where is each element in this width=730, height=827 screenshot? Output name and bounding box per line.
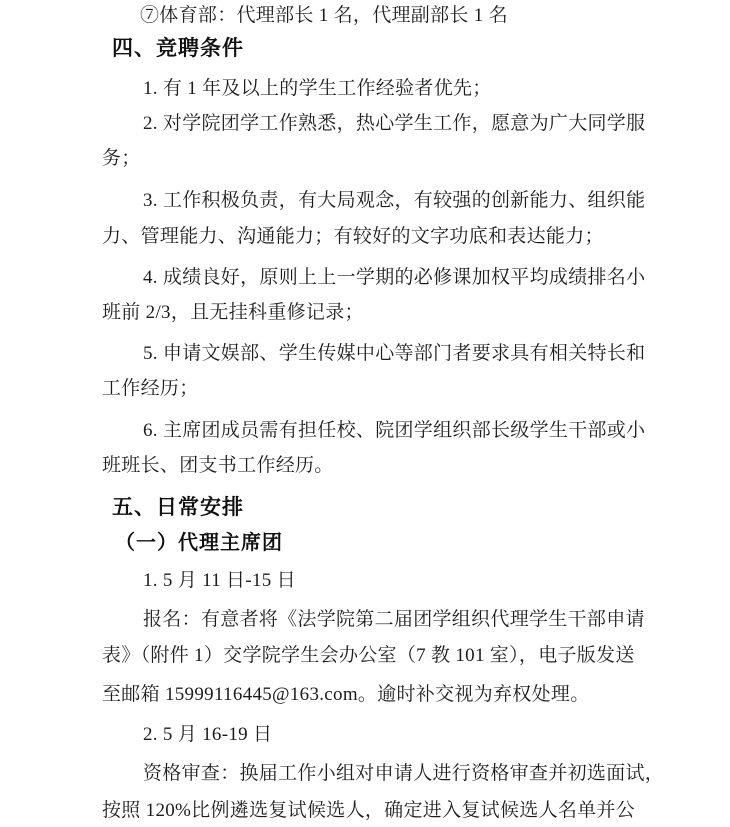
schedule-2-desc-line1: 资格审查：换届工作小组对申请人进行资格审查并初选面试， — [143, 762, 664, 786]
schedule-1-desc-line2: 表》（附件 1）交学院学生会办公室（7 教 101 室），电子版发送 — [102, 644, 635, 668]
condition-1: 1. 有 1 年及以上的学生工作经验者优先； — [143, 77, 492, 101]
schedule-1-desc-line3: 至邮箱 15999116445@163.com。逾时补交视为弃权处理。 — [102, 683, 590, 707]
condition-6-line2: 班班长、团支书工作经历。 — [102, 454, 334, 478]
condition-5-line2: 工作经历； — [102, 377, 199, 401]
document-page: ⑦体育部：代理部长 1 名，代理副部长 1 名 四、竞聘条件 1. 有 1 年及… — [0, 0, 730, 827]
schedule-2-desc-line2: 按照 120%比例遴选复试候选人，确定进入复试候选人名单并公 — [102, 799, 635, 823]
condition-6-line1: 6. 主席团成员需有担任校、院团学组织部长级学生干部或小 — [143, 419, 645, 443]
schedule-1-date: 1. 5 月 11 日-15 日 — [143, 569, 296, 593]
schedule-1-desc-line1: 报名：有意者将《法学院第二届团学组织代理学生干部申请 — [143, 608, 645, 632]
condition-2-line1: 2. 对学院团学工作熟悉，热心学生工作，愿意为广大同学服 — [143, 112, 645, 136]
condition-5-line1: 5. 申请文娱部、学生传媒中心等部门者要求具有相关特长和 — [143, 342, 645, 366]
section-4-heading: 四、竞聘条件 — [112, 36, 244, 62]
condition-3-line2: 力、管理能力、沟通能力；有较好的文字功底和表达能力； — [102, 225, 604, 249]
section-5-heading: 五、日常安排 — [112, 495, 244, 521]
subsection-1-heading: （一）代理主席团 — [115, 531, 283, 556]
condition-4-line2: 班前 2/3，且无挂科重修记录； — [102, 301, 364, 325]
condition-3-line1: 3. 工作积极负责，有大局观念，有较强的创新能力、组织能 — [143, 189, 645, 213]
schedule-2-date: 2. 5 月 16-19 日 — [143, 723, 272, 747]
condition-4-line1: 4. 成绩良好，原则上上一学期的必修课加权平均成绩排名小 — [143, 266, 645, 290]
dept-sports-line: ⑦体育部：代理部长 1 名，代理副部长 1 名 — [140, 4, 508, 28]
condition-2-line2: 务； — [102, 147, 141, 171]
